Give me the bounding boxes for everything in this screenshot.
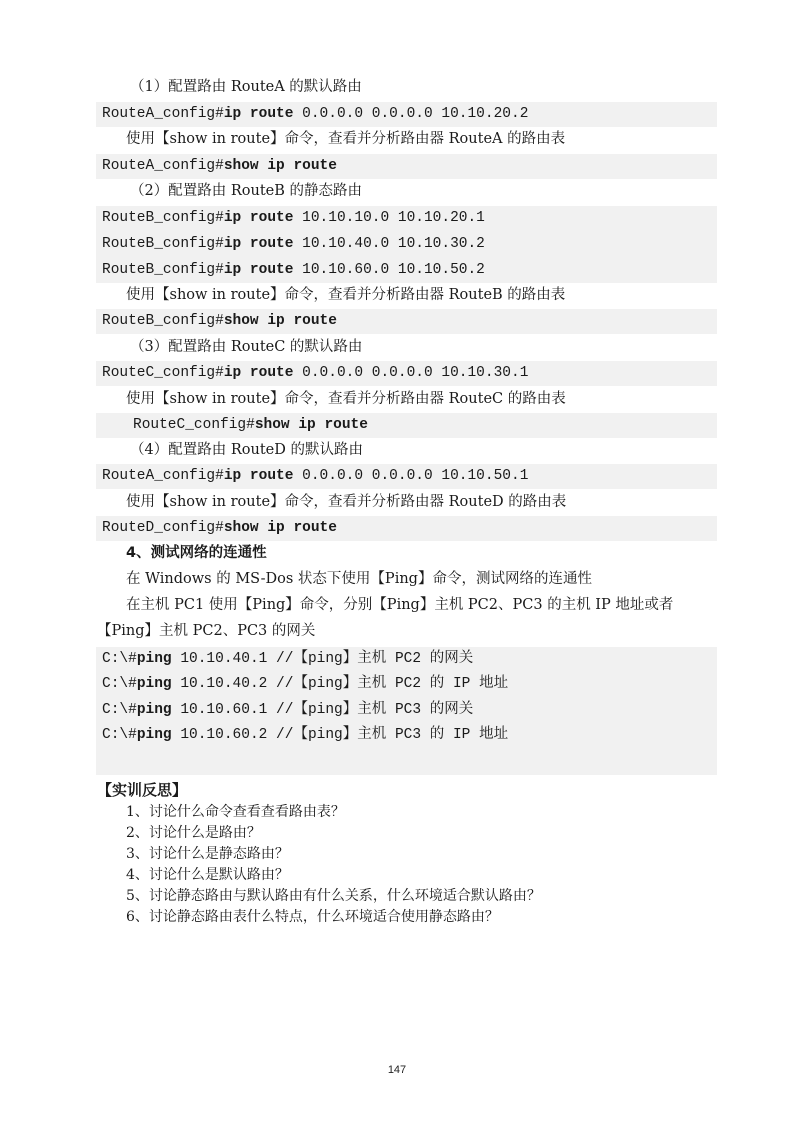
question-item: 5、讨论静态路由与默认路由有什么关系，什么环境适合默认路由？ xyxy=(126,886,541,907)
section-heading: 4、测试网络的连通性 xyxy=(0,540,794,566)
code-line: RouteB_config#ip route 10.10.10.0 10.10.… xyxy=(0,205,794,231)
code-line: RouteB_config#show ip route xyxy=(0,308,794,334)
code-line: RouteA_config#show ip route xyxy=(0,153,794,179)
page-number: 147 xyxy=(0,1064,794,1076)
code-line: RouteC_config#show ip route xyxy=(0,412,794,438)
code-line: RouteA_config#ip route 0.0.0.0 0.0.0.0 1… xyxy=(0,101,794,127)
question-item: 6、讨论静态路由表什么特点，什么环境适合使用静态路由？ xyxy=(126,907,499,928)
question-item: 2、讨论什么是路由？ xyxy=(126,823,261,844)
ping-line: C:\#ping 10.10.60.1 //【ping】主机 PC3 的网关 xyxy=(0,697,794,723)
step-title: （3）配置路由 RouteC 的默认路由 xyxy=(0,334,794,360)
instruction-text: 使用【show in route】命令，查看并分析路由器 RouteC 的路由表 xyxy=(0,386,794,412)
question-item: 4、讨论什么是默认路由？ xyxy=(126,865,289,886)
instruction-text: 使用【show in route】命令，查看并分析路由器 RouteD 的路由表 xyxy=(0,489,794,515)
ping-line: C:\#ping 10.10.40.2 //【ping】主机 PC2 的 IP … xyxy=(0,671,794,697)
paragraph: 在主机 PC1 使用【Ping】命令，分别【Ping】主机 PC2、PC3 的主… xyxy=(0,592,794,618)
code-line: RouteB_config#ip route 10.10.40.0 10.10.… xyxy=(0,231,794,257)
question-item: 1、讨论什么命令查看查看路由表？ xyxy=(126,802,345,823)
code-line: RouteC_config#ip route 0.0.0.0 0.0.0.0 1… xyxy=(0,360,794,386)
instruction-text: 使用【show in route】命令，查看并分析路由器 RouteA 的路由表 xyxy=(0,126,794,152)
instruction-text: 使用【show in route】命令，查看并分析路由器 RouteB 的路由表 xyxy=(0,282,794,308)
paragraph: 【Ping】主机 PC2、PC3 的网关 xyxy=(0,618,794,644)
step-title: （4）配置路由 RouteD 的默认路由 xyxy=(0,437,794,463)
step-title: （1）配置路由 RouteA 的默认路由 xyxy=(0,74,794,100)
paragraph: 在 Windows 的 MS-Dos 状态下使用【Ping】命令，测试网络的连通… xyxy=(0,566,794,592)
step-title: （2）配置路由 RouteB 的静态路由 xyxy=(0,178,794,204)
ping-line: C:\#ping 10.10.40.1 //【ping】主机 PC2 的网关 xyxy=(0,646,794,672)
reflection-heading: 【实训反思】 xyxy=(0,777,794,803)
ping-line: C:\#ping 10.10.60.2 //【ping】主机 PC3 的 IP … xyxy=(0,722,794,748)
code-line: RouteA_config#ip route 0.0.0.0 0.0.0.0 1… xyxy=(0,463,794,489)
code-line: RouteD_config#show ip route xyxy=(0,515,794,541)
question-item: 3、讨论什么是静态路由？ xyxy=(126,844,289,865)
code-line: RouteB_config#ip route 10.10.60.0 10.10.… xyxy=(0,257,794,283)
